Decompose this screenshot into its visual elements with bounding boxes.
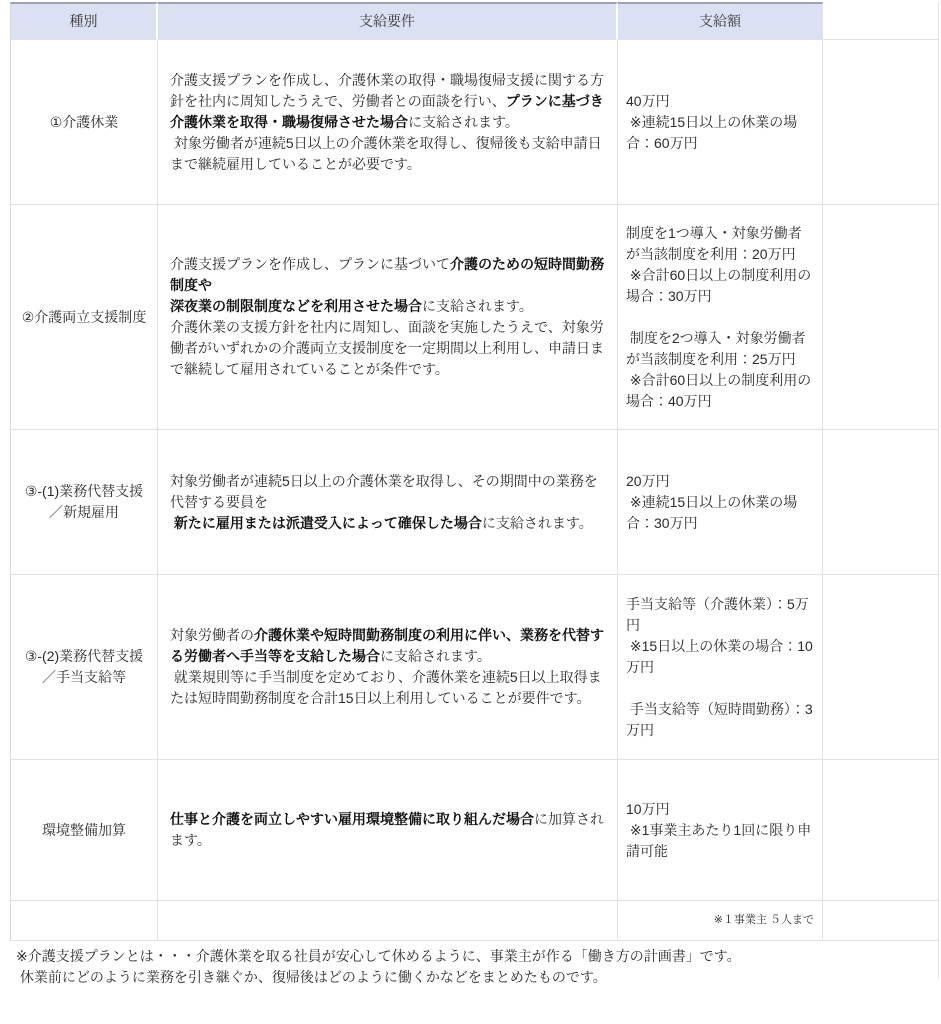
amount-cell: 20万円 ※連続15日以上の休業の場合：30万円: [618, 430, 823, 575]
amount-cell: 40万円 ※連続15日以上の休業の場合：60万円: [618, 40, 823, 205]
type-cell: ②介護両立支援制度: [10, 205, 158, 430]
empty-cell: [823, 205, 939, 430]
empty-cell: [823, 901, 939, 941]
header-amount: 支給額: [618, 2, 823, 40]
care-plan-footnote: ※介護支援プランとは・・・介護休業を取る社員が安心して休めるように、事業主が作る…: [10, 941, 823, 997]
header-requirements: 支給要件: [158, 2, 618, 40]
empty-cell: [158, 901, 618, 941]
per-employer-limit-note: ※１事業主 ５人まで: [618, 901, 823, 941]
header-blank: [823, 2, 939, 40]
empty-cell: [10, 901, 158, 941]
empty-cell: [823, 575, 939, 760]
type-cell: ③-(1)業務代替支援 ／新規雇用: [10, 430, 158, 575]
requirements-cell: 介護支援プランを作成し、介護休業の取得・職場復帰支援に関する方針を社内に周知した…: [158, 40, 618, 205]
type-cell: ①介護休業: [10, 40, 158, 205]
type-cell: ③-(2)業務代替支援 ／手当支給等: [10, 575, 158, 760]
empty-cell: [823, 40, 939, 205]
subsidy-table: 種別 支給要件 支給額 ①介護休業 介護支援プランを作成し、介護休業の取得・職場…: [10, 2, 939, 997]
empty-cell: [823, 760, 939, 901]
requirements-cell: 介護支援プランを作成し、プランに基づいて介護のための短時間勤務制度や 深夜業の制…: [158, 205, 618, 430]
empty-cell: [823, 430, 939, 575]
amount-cell: 手当支給等（介護休業）：5万円 ※15日以上の休業の場合：10万円 手当支給等（…: [618, 575, 823, 760]
header-type: 種別: [10, 2, 158, 40]
amount-cell: 制度を1つ導入・対象労働者が当該制度を利用：20万円 ※合計60日以上の制度利用…: [618, 205, 823, 430]
requirements-cell: 対象労働者が連続5日以上の介護休業を取得し、その期間中の業務を代替する要員を 新…: [158, 430, 618, 575]
amount-cell: 10万円 ※1事業主あたり1回に限り申請可能: [618, 760, 823, 901]
requirements-cell: 仕事と介護を両立しやすい雇用環境整備に取り組んだ場合に加算されます。: [158, 760, 618, 901]
type-cell: 環境整備加算: [10, 760, 158, 901]
empty-cell: [823, 941, 939, 979]
requirements-cell: 対象労働者の介護休業や短時間勤務制度の利用に伴い、業務を代替する労働者へ手当等を…: [158, 575, 618, 760]
